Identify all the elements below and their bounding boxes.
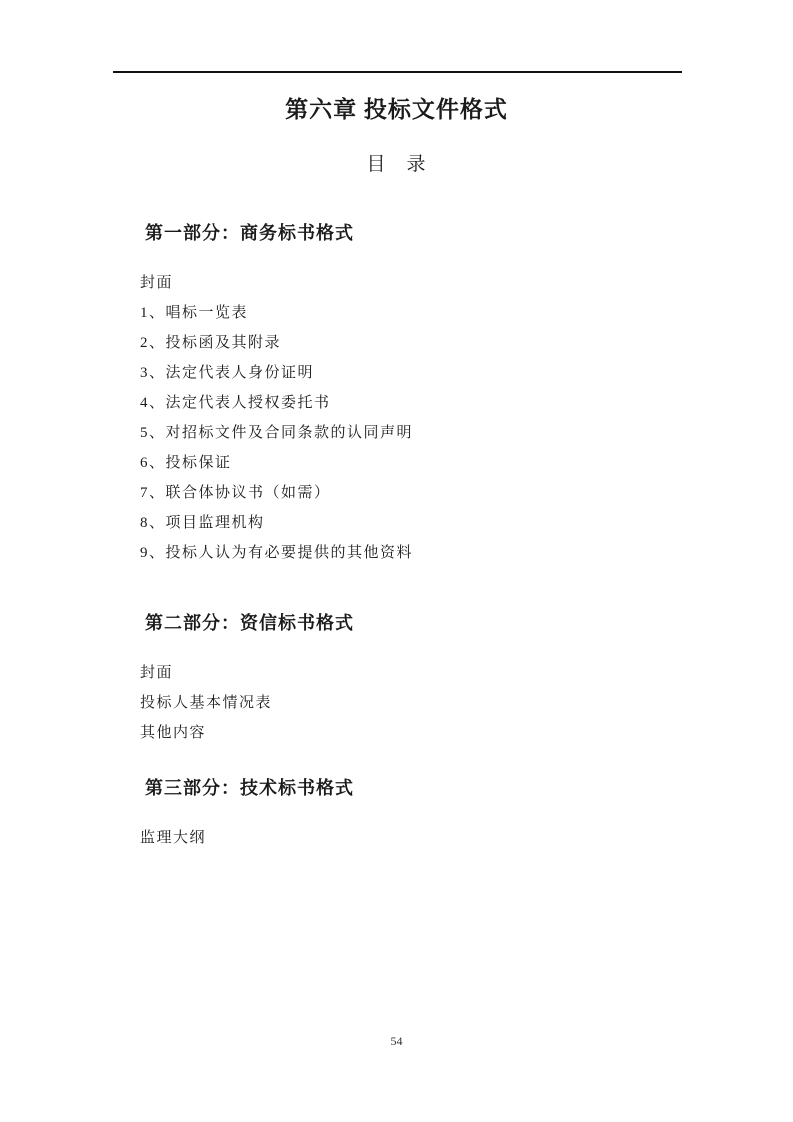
page-number: 54 — [0, 1034, 793, 1049]
toc-item: 3、法定代表人身份证明 — [140, 358, 793, 388]
toc-item: 9、投标人认为有必要提供的其他资料 — [140, 538, 793, 568]
toc-section: 第一部分：商务标书格式封面1、唱标一览表2、投标函及其附录3、法定代表人身份证明… — [0, 222, 793, 568]
toc-item: 1、唱标一览表 — [140, 298, 793, 328]
toc-item: 7、联合体协议书（如需） — [140, 478, 793, 508]
toc-section-heading: 第三部分：技术标书格式 — [145, 777, 793, 799]
toc-item: 监理大纲 — [140, 823, 793, 853]
toc-section-heading: 第二部分：资信标书格式 — [145, 612, 793, 634]
page-title: 第六章 投标文件格式 — [0, 95, 793, 125]
toc-item: 封面 — [140, 658, 793, 688]
toc-body: 第一部分：商务标书格式封面1、唱标一览表2、投标函及其附录3、法定代表人身份证明… — [0, 222, 793, 853]
document-page: 第六章 投标文件格式 目 录 第一部分：商务标书格式封面1、唱标一览表2、投标函… — [0, 0, 793, 1122]
toc-item: 其他内容 — [140, 718, 793, 748]
toc-item: 封面 — [140, 268, 793, 298]
toc-item: 2、投标函及其附录 — [140, 328, 793, 358]
toc-item: 4、法定代表人授权委托书 — [140, 388, 793, 418]
header-rule — [113, 71, 682, 73]
toc-title: 目 录 — [0, 153, 793, 177]
toc-item: 8、项目监理机构 — [140, 508, 793, 538]
toc-item: 5、对招标文件及合同条款的认同声明 — [140, 418, 793, 448]
toc-section: 第三部分：技术标书格式监理大纲 — [0, 777, 793, 853]
toc-item: 6、投标保证 — [140, 448, 793, 478]
toc-section-heading: 第一部分：商务标书格式 — [145, 222, 793, 244]
toc-item: 投标人基本情况表 — [140, 688, 793, 718]
toc-section: 第二部分：资信标书格式封面投标人基本情况表其他内容 — [0, 612, 793, 748]
